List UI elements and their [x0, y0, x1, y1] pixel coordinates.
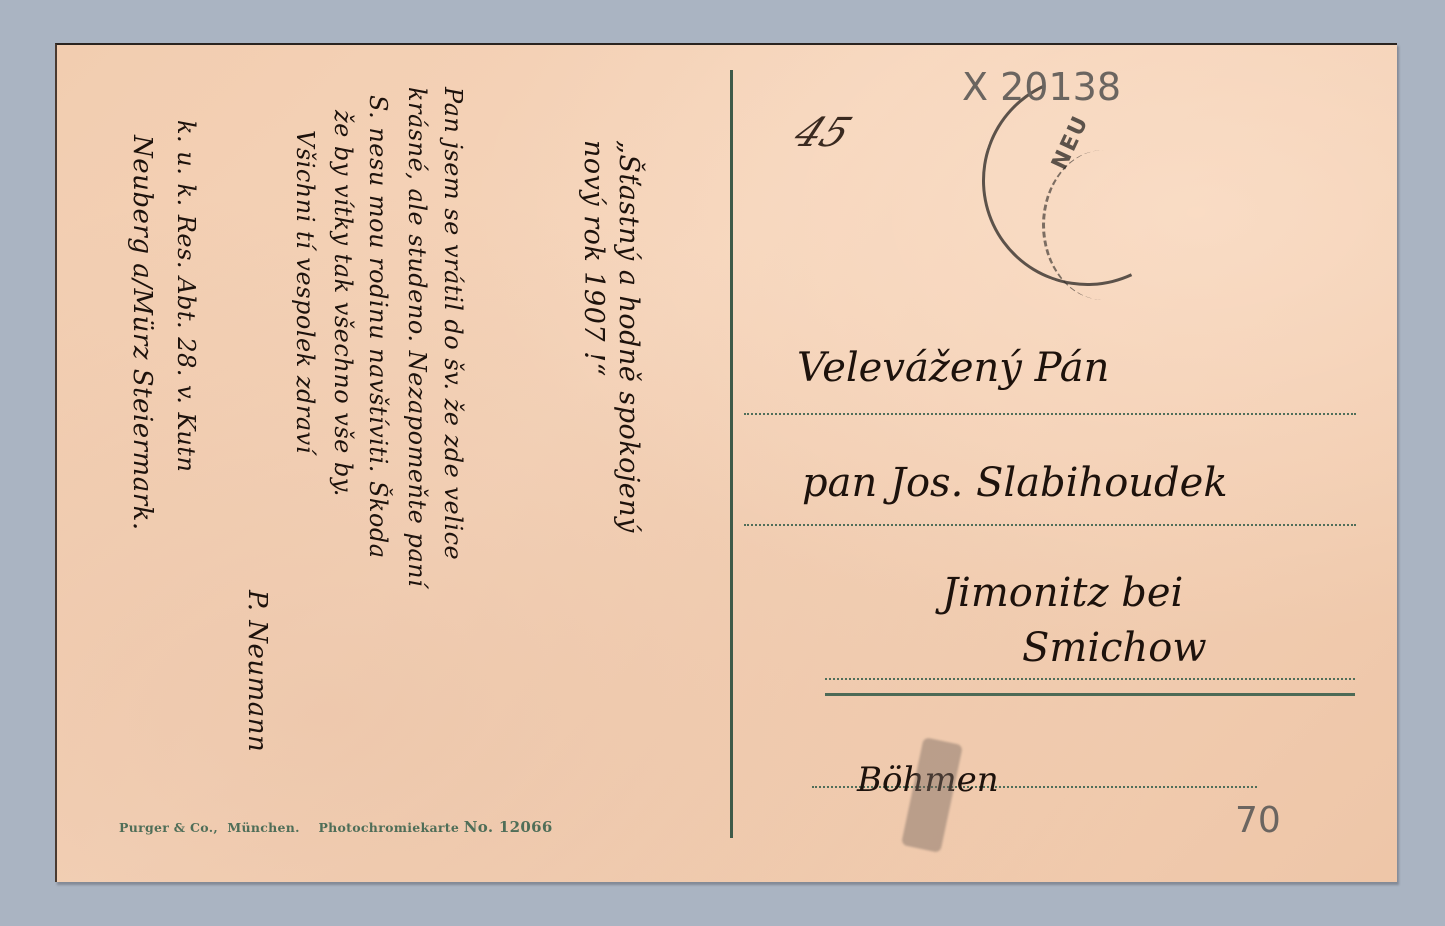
address-salutation: Velevážený Pán [797, 345, 1109, 391]
message-line-3: Pan jsem se vrátil do šv. že zde velice [439, 87, 467, 560]
pencil-price: 70 [1235, 800, 1281, 841]
address-line-3 [825, 678, 1355, 680]
message-signature: P. Neumann [242, 590, 272, 752]
address-underline [825, 693, 1355, 696]
message-line-6: že by vítky tak všechno vše by. [329, 110, 357, 497]
publisher-imprint: Purger & Co., München. Photochromiekarte… [119, 818, 553, 836]
message-line-4: krásné, ale studeno. Nezapomeňte paní [403, 87, 431, 587]
message-line-2: nový rok 1907 !“ [578, 140, 609, 377]
ink-note: 45 [786, 110, 858, 156]
message-line-5: S. nesu mou rodinu navštíviti. Škoda [364, 95, 392, 559]
message-line-1: „Šťastný a hodně spokojený [613, 140, 644, 533]
center-divider [730, 70, 733, 838]
address-name: pan Jos. Slabihoudek [802, 460, 1228, 506]
address-line-1 [744, 413, 1356, 415]
address-place: Jimonitz bei [942, 570, 1183, 616]
imprint-publisher: Purger & Co., [119, 820, 218, 835]
message-line-10: Neuberg a/Mürz Steiermark. [127, 135, 157, 531]
postmark-inner-ring [1042, 150, 1165, 300]
imprint-series: Photochromiekarte [318, 820, 459, 835]
postcard: „Šťastný a hodně spokojený nový rok 1907… [55, 43, 1397, 882]
address-line-2 [744, 524, 1356, 526]
pencil-inventory-number: X 20138 [962, 65, 1121, 109]
imprint-city: München. [227, 820, 300, 835]
message-line-7: Všichni tí vespolek zdraví [291, 130, 319, 454]
message-line-9: k. u. k. Res. Abt. 28. v. Kutn [172, 120, 200, 473]
address-town: Smichow [1022, 625, 1207, 671]
imprint-number: No. 12066 [464, 818, 553, 836]
